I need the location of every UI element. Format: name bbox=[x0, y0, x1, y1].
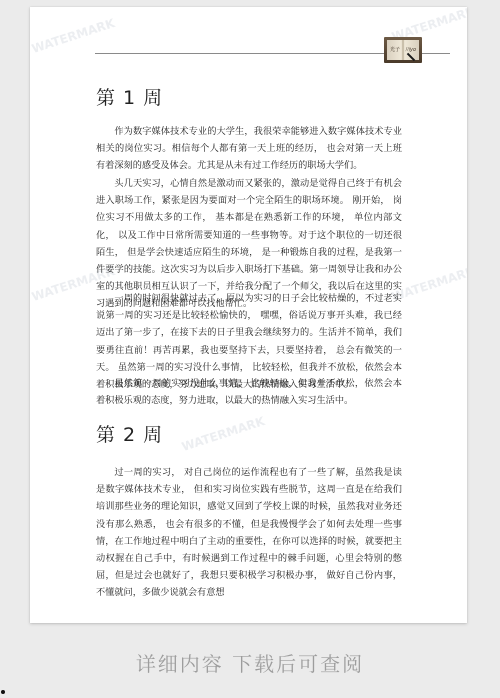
watermark: WATERMARK bbox=[180, 414, 267, 454]
paragraph: 作为数字媒体技术专业的大学生，我很荣幸能够进入数字媒体技术专业相关的岗位实习。相… bbox=[96, 123, 402, 175]
bullet-dot bbox=[1, 690, 5, 694]
section-title-week-1: 第 1 周 bbox=[96, 83, 163, 110]
watermark: WATERMARK bbox=[30, 16, 117, 56]
section-title-week-2: 第 2 周 bbox=[96, 420, 163, 447]
book-left-text: 光子 bbox=[390, 40, 400, 60]
open-book-icon: 光子 川yo bbox=[384, 37, 422, 63]
download-to-view-prompt[interactable]: 详细内容 下载后可查阅 bbox=[0, 648, 500, 677]
document-page: WATERMARK WATERMARK WATERMARK WATERMARK … bbox=[30, 7, 467, 623]
paragraph: 过一周的实习， 对自己岗位的运作流程也有了一些了解，虽然我是读是数字媒体技术专业… bbox=[96, 464, 402, 602]
paragraph: 虽然第一周的实习没什么事情， 比较轻松，但我并不放松，依然会本着积极乐观的态度，… bbox=[96, 375, 402, 409]
